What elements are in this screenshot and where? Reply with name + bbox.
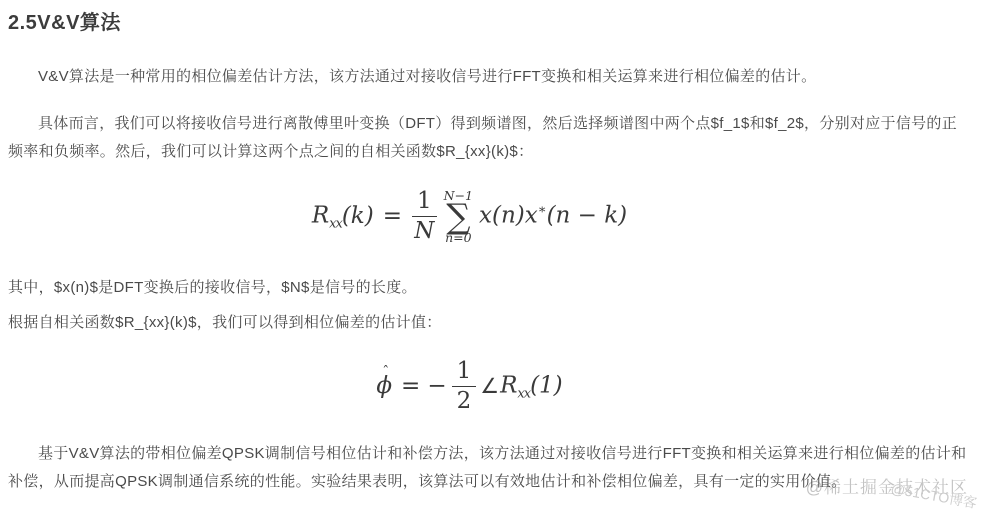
math-fraction-1-over-N: 1N: [412, 188, 437, 245]
formula-autocorrelation: Rxx(k)=1NN−1∑n=0x(n)x∗(n − k): [8, 186, 931, 248]
math-conjugate-star: ∗: [538, 203, 547, 218]
math-term-n-minus-k: (n − k): [547, 203, 628, 229]
math-var-R: R: [312, 203, 329, 229]
hat-accent-icon: ˆ: [382, 364, 389, 380]
math-args-1: (1): [530, 373, 563, 399]
math-fraction-1-over-2: 12: [452, 358, 477, 415]
math-summation: N−1∑n=0: [444, 189, 473, 245]
math-term-x-n: x(n)x: [479, 203, 538, 229]
math-sum-lower-limit: n=0: [445, 231, 471, 245]
paragraph-estimate-lead-in: 根据自相关函数$R_{xx}(k)$，我们可以得到相位偏差的估计值：: [8, 309, 971, 337]
math-frac-denominator: 2: [457, 387, 472, 416]
math-subscript-xx: xx: [517, 387, 530, 402]
math-equals: =: [401, 373, 420, 399]
sigma-sum-icon: ∑: [446, 203, 470, 232]
math-subscript-xx: xx: [329, 217, 342, 232]
paragraph-intro: V&V算法是一种常用的相位偏差估计方法，该方法通过对接收信号进行FFT变换和相关…: [8, 63, 971, 91]
paragraph-conclusion: 基于V&V算法的带相位偏差QPSK调制信号相位估计和补偿方法，该方法通过对接收信…: [8, 440, 971, 496]
formula-autocorrelation-row: Rxx(k)=1NN−1∑n=0x(n)x∗(n − k): [312, 188, 627, 245]
section-heading: 2.5V&V算法: [8, 10, 971, 36]
article-page: 2.5V&V算法 V&V算法是一种常用的相位偏差估计方法，该方法通过对接收信号进…: [0, 0, 981, 511]
angle-symbol-icon: ∠: [480, 374, 499, 398]
math-args-k: (k): [342, 203, 374, 229]
math-equals: =: [383, 203, 402, 229]
formula-phase-estimate: ˆϕ=−12∠Rxx(1): [8, 361, 931, 413]
math-frac-numerator: 1: [412, 188, 437, 216]
paragraph-symbol-definitions: 其中，$x(n)$是DFT变换后的接收信号，$N$是信号的长度。: [8, 274, 971, 302]
formula-phase-row: ˆϕ=−12∠Rxx(1): [376, 358, 562, 415]
math-phi-hat: ˆϕ: [376, 373, 392, 399]
math-frac-denominator: N: [414, 217, 434, 246]
math-var-R: R: [500, 373, 517, 399]
math-frac-numerator: 1: [452, 358, 477, 386]
paragraph-dft-description: 具体而言，我们可以将接收信号进行离散傅里叶变换（DFT）得到频谱图，然后选择频谱…: [8, 110, 971, 166]
math-minus: −: [427, 373, 446, 399]
